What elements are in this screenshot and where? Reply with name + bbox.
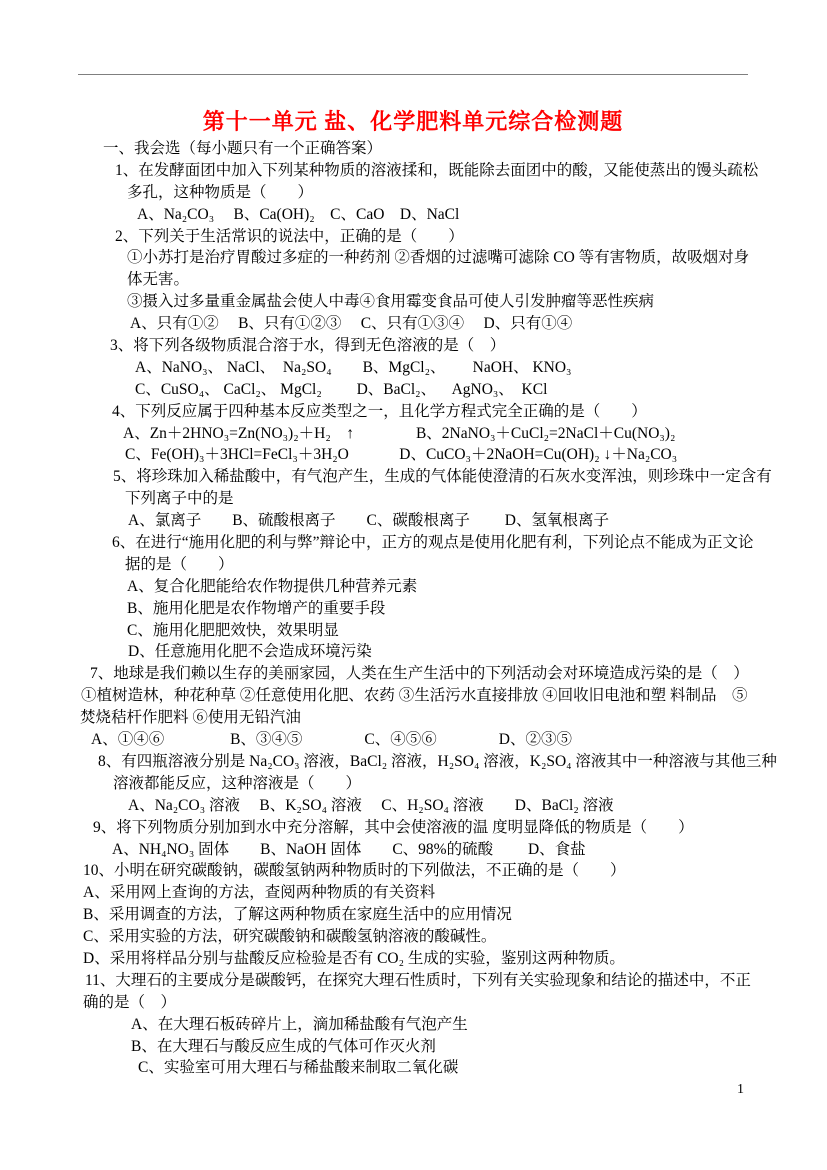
question-4-line-3: C、Fe(OH)₃＋3HCl=FeCl₃＋3H₂O D、CuCO₃＋2NaOH=… [0, 444, 827, 466]
question-7-line-1: 7、地球是我们赖以生存的美丽家园，人类在生产生活中的下列活动会对环境造成污染的是… [0, 663, 827, 685]
question-10-line-4: C、采用实验的方法，研究碳酸钠和碳酸氢钠溶液的酸碱性。 [0, 926, 827, 948]
question-5-line-3: A、氯离子 B、硫酸根离子 C、碳酸根离子 D、氢氧根离子 [0, 510, 827, 532]
document-flow: 一、我会选（每小题只有一个正确答案）1、在发酵面团中加入下列某种物质的溶液揉和，… [0, 138, 827, 1079]
question-1-line-3: A、Na₂CO₃ B、Ca(OH)₂ C、CaO D、NaCl [0, 204, 827, 226]
page: 第十一单元 盐、化学肥料单元综合检测题 一、我会选（每小题只有一个正确答案）1、… [0, 0, 827, 1170]
question-7-line-4: A、①④⑥ B、③④⑤ C、④⑤⑥ D、②③⑤ [0, 729, 827, 751]
section-heading: 一、我会选（每小题只有一个正确答案） [0, 138, 827, 160]
question-11-line-4: B、在大理石与酸反应生成的气体可作灭火剂 [0, 1036, 827, 1058]
question-6-line-6: D、任意施用化肥不会造成环境污染 [0, 641, 827, 663]
question-2-line-1: 2、下列关于生活常识的说法中，正确的是（ ） [0, 226, 827, 248]
question-8-line-2: 溶液都能反应，这种溶液是（ ） [0, 773, 827, 795]
question-3-line-3: C、CuSO₄、 CaCl₂、 MgCl₂ D、BaCl₂、 AgNO₃、 KC… [0, 379, 827, 401]
question-2-line-2: ①小苏打是治疗胃酸过多症的一种药剂 ②香烟的过滤嘴可滤除 CO 等有害物质，故吸… [0, 247, 827, 269]
page-number: 1 [737, 1082, 744, 1098]
question-9-line-1: 9、将下列物质分别加到水中充分溶解，其中会使溶液的温 度明显降低的物质是（ ） [0, 817, 827, 839]
question-2-line-5: A、只有①② B、只有①②③ C、只有①③④ D、只有①④ [0, 313, 827, 335]
header-rule [78, 74, 748, 75]
question-6-line-3: A、复合化肥能给农作物提供几种营养元素 [0, 576, 827, 598]
question-10-line-3: B、采用调查的方法，了解这两种物质在家庭生活中的应用情况 [0, 904, 827, 926]
question-6-line-4: B、施用化肥是农作物增产的重要手段 [0, 598, 827, 620]
question-5-line-1: 5、将珍珠加入稀盐酸中，有气泡产生，生成的气体能使澄清的石灰水变浑浊，则珍珠中一… [0, 466, 827, 488]
question-1-line-2: 多孔，这种物质是（ ） [0, 182, 827, 204]
page-title: 第十一单元 盐、化学肥料单元综合检测题 [78, 105, 748, 136]
question-7-line-3: 焚烧秸杆作肥料 ⑥使用无铅汽油 [0, 707, 827, 729]
question-11-line-2: 确的是（ ） [0, 992, 827, 1014]
question-1-line-1: 1、在发酵面团中加入下列某种物质的溶液揉和，既能除去面团中的酸，又能使蒸出的馒头… [0, 160, 827, 182]
question-8-line-1: 8、有四瓶溶液分别是 Na₂CO₃ 溶液，BaCl₂ 溶液，H₂SO₄ 溶液，K… [0, 751, 827, 773]
question-11-line-1: 11、大理石的主要成分是碳酸钙，在探究大理石性质时，下列有关实验现象和结论的描述… [0, 970, 827, 992]
question-11-line-5: C、实验室可用大理石与稀盐酸来制取二氧化碳 [0, 1057, 827, 1079]
question-4-line-1: 4、下列反应属于四种基本反应类型之一，且化学方程式完全正确的是（ ） [0, 401, 827, 423]
question-7-line-2: ①植树造林，种花种草 ②任意使用化肥、农药 ③生活污水直接排放 ④回收旧电池和塑… [0, 685, 827, 707]
question-8-line-3: A、Na₂CO₃ 溶液 B、K₂SO₄ 溶液 C、H₂SO₄ 溶液 D、BaCl… [0, 795, 827, 817]
question-10-line-2: A、采用网上查询的方法，查阅两种物质的有关资料 [0, 882, 827, 904]
question-10-line-1: 10、小明在研究碳酸钠，碳酸氢钠两种物质时的下列做法，不正确的是（ ） [0, 860, 827, 882]
question-9-line-2: A、NH₄NO₃ 固体 B、NaOH 固体 C、98%的硫酸 D、食盐 [0, 839, 827, 861]
question-5-line-2: 下列离子中的是 [0, 488, 827, 510]
question-6-line-5: C、施用化肥肥效快，效果明显 [0, 620, 827, 642]
question-3-line-1: 3、将下列各级物质混合溶于水，得到无色溶液的是（ ） [0, 335, 827, 357]
question-10-line-5: D、采用将样品分别与盐酸反应检验是否有 CO₂ 生成的实验，鉴别这两种物质。 [0, 948, 827, 970]
question-6-line-1: 6、在进行“施用化肥的利与弊”辩论中，正方的观点是使用化肥有利，下列论点不能成为… [0, 532, 827, 554]
question-6-line-2: 据的是（ ） [0, 554, 827, 576]
question-2-line-4: ③摄入过多量重金属盐会使人中毒④食用霉变食品可使人引发肿瘤等恶性疾病 [0, 291, 827, 313]
question-11-line-3: A、在大理石板砖碎片上，滴加稀盐酸有气泡产生 [0, 1014, 827, 1036]
question-2-line-3: 体无害。 [0, 269, 827, 291]
question-3-line-2: A、NaNO₃、 NaCl、 Na₂SO₄ B、MgCl₂、 NaOH、 KNO… [0, 357, 827, 379]
question-4-line-2: A、Zn＋2HNO₃=Zn(NO₃)₂＋H₂ ↑ B、2NaNO₃＋CuCl₂=… [0, 423, 827, 445]
